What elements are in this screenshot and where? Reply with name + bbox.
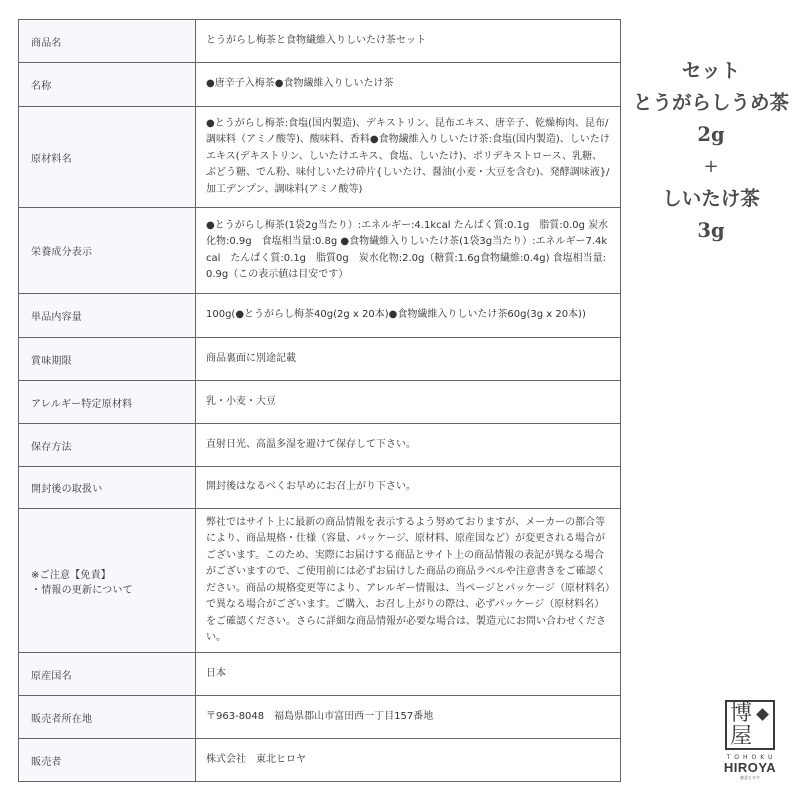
table-row: 商品名とうがらし梅茶と食物繊維入りしいたけ茶セット	[19, 20, 621, 63]
row-value: とうがらし梅茶と食物繊維入りしいたけ茶セット	[196, 20, 621, 63]
row-label-text: 賞味期限	[31, 356, 72, 367]
row-label-text: 原産国名	[31, 671, 72, 682]
row-label-text: ※ご注意【免責】 ・情報の更新について	[31, 570, 133, 596]
table-row: 賞味期限商品裏面に別途記載	[19, 338, 621, 381]
row-label-text: 名称	[31, 81, 51, 92]
table-row: 販売者株式会社 東北ヒロヤ	[19, 739, 621, 782]
row-value-text: 弊社ではサイト上に最新の商品情報を表示するよう努めておりますが、メーカーの都合等…	[206, 517, 610, 644]
row-label: 単品内容量	[19, 294, 196, 338]
table-row: 栄養成分表示●とうがらし梅茶(1袋2g当たり）:エネルギー:4.1kcal たん…	[19, 208, 621, 294]
row-value-text: 開封後はなるべくお早めにお召上がり下さい。	[206, 481, 416, 492]
row-label-text: 単品内容量	[31, 312, 82, 323]
side-title-ume-weight: 2g	[622, 119, 800, 151]
row-value: 弊社ではサイト上に最新の商品情報を表示するよう努めておりますが、メーカーの都合等…	[196, 509, 621, 653]
row-label-text: 商品名	[31, 38, 62, 49]
row-value-text: 直射日光、高温多湿を避けて保存して下さい。	[206, 439, 416, 450]
table-row: 名称●唐辛子入梅茶●食物繊維入りしいたけ茶	[19, 63, 621, 107]
row-label-text: 販売者所在地	[31, 714, 92, 725]
table-row: 保存方法直射日光、高温多湿を避けて保存して下さい。	[19, 424, 621, 467]
row-label: 販売者所在地	[19, 696, 196, 739]
row-label: ※ご注意【免責】 ・情報の更新について	[19, 509, 196, 653]
row-value-text: 株式会社 東北ヒロヤ	[206, 754, 306, 765]
row-value-text: ●唐辛子入梅茶●食物繊維入りしいたけ茶	[206, 78, 393, 89]
row-value-text: 〒963-8048 福島県郡山市富田西一丁目157番地	[206, 711, 433, 722]
row-value: ●唐辛子入梅茶●食物繊維入りしいたけ茶	[196, 63, 621, 107]
row-label: 販売者	[19, 739, 196, 782]
row-label-text: 開封後の取扱い	[31, 484, 102, 495]
row-value-text: ●とうがらし梅茶:食塩(国内製造)、デキストリン、昆布エキス、唐辛子、乾燥梅肉、…	[206, 118, 610, 195]
row-value: 乳・小麦・大豆	[196, 381, 621, 424]
row-label: 原産国名	[19, 653, 196, 696]
row-value: 直射日光、高温多湿を避けて保存して下さい。	[196, 424, 621, 467]
row-value-text: 日本	[206, 668, 226, 679]
row-label-text: 栄養成分表示	[31, 247, 92, 258]
row-label: 栄養成分表示	[19, 208, 196, 294]
diamond-icon	[756, 708, 769, 721]
row-label: 原材料名	[19, 107, 196, 208]
table-row: アレルギー特定原材料乳・小麦・大豆	[19, 381, 621, 424]
logo-name: HIROYA	[720, 761, 780, 775]
side-title-shiitake-weight: 3g	[622, 215, 800, 247]
row-label-text: 原材料名	[31, 154, 72, 165]
table-row: 原材料名●とうがらし梅茶:食塩(国内製造)、デキストリン、昆布エキス、唐辛子、乾…	[19, 107, 621, 208]
row-label: 賞味期限	[19, 338, 196, 381]
table-row: 販売者所在地〒963-8048 福島県郡山市富田西一丁目157番地	[19, 696, 621, 739]
row-value: ●とうがらし梅茶(1袋2g当たり）:エネルギー:4.1kcal たんぱく質:0.…	[196, 208, 621, 294]
product-set-title: セット とうがらしうめ茶 2g + しいたけ茶 3g	[622, 55, 800, 247]
table-row: 開封後の取扱い開封後はなるべくお早めにお召上がり下さい。	[19, 467, 621, 509]
row-value: 日本	[196, 653, 621, 696]
row-label-text: 販売者	[31, 757, 62, 768]
row-value: 開封後はなるべくお早めにお召上がり下さい。	[196, 467, 621, 509]
logo-tiny-text: 東北ヒロヤ	[720, 775, 780, 781]
logo-kanji: 博屋	[730, 702, 752, 748]
row-label-text: アレルギー特定原材料	[31, 399, 132, 410]
table-row: ※ご注意【免責】 ・情報の更新について弊社ではサイト上に最新の商品情報を表示する…	[19, 509, 621, 653]
row-value-text: とうがらし梅茶と食物繊維入りしいたけ茶セット	[206, 35, 426, 46]
row-value: ●とうがらし梅茶:食塩(国内製造)、デキストリン、昆布エキス、唐辛子、乾燥梅肉、…	[196, 107, 621, 208]
tohoku-hiroya-logo: 博屋 TOHOKU HIROYA 東北ヒロヤ	[720, 700, 780, 795]
row-value: 〒963-8048 福島県郡山市富田西一丁目157番地	[196, 696, 621, 739]
row-value: 100g(●とうがらし梅茶40g(2g x 20本)●食物繊維入りしいたけ茶60…	[196, 294, 621, 338]
side-title-shiitake-tea: しいたけ茶	[622, 183, 800, 215]
row-value-text: ●とうがらし梅茶(1袋2g当たり）:エネルギー:4.1kcal たんぱく質:0.…	[206, 220, 608, 281]
row-label-text: 保存方法	[31, 442, 72, 453]
row-label: 商品名	[19, 20, 196, 63]
row-value: 商品裏面に別途記載	[196, 338, 621, 381]
table-row: 原産国名日本	[19, 653, 621, 696]
row-value-text: 商品裏面に別途記載	[206, 353, 296, 364]
side-title-set: セット	[622, 55, 800, 87]
row-label: アレルギー特定原材料	[19, 381, 196, 424]
row-value-text: 乳・小麦・大豆	[206, 396, 276, 407]
row-label: 名称	[19, 63, 196, 107]
row-label: 開封後の取扱い	[19, 467, 196, 509]
row-value-text: 100g(●とうがらし梅茶40g(2g x 20本)●食物繊維入りしいたけ茶60…	[206, 309, 586, 320]
product-spec-table: 商品名とうがらし梅茶と食物繊維入りしいたけ茶セット名称●唐辛子入梅茶●食物繊維入…	[18, 19, 621, 782]
table-row: 単品内容量100g(●とうがらし梅茶40g(2g x 20本)●食物繊維入りしい…	[19, 294, 621, 338]
side-title-ume-tea: とうがらしうめ茶	[622, 87, 800, 119]
side-title-plus: +	[622, 151, 800, 183]
row-value: 株式会社 東北ヒロヤ	[196, 739, 621, 782]
logo-mark-icon: 博屋	[725, 700, 775, 750]
row-label: 保存方法	[19, 424, 196, 467]
